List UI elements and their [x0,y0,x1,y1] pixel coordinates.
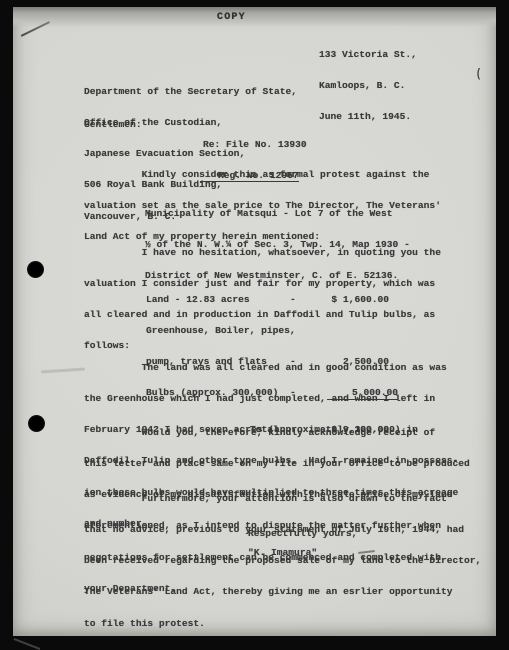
table-row: Land - 12.83 acres - $ 1,600.00 [146,295,426,305]
letter-line: this letter and place same on my file in… [84,459,470,469]
letter-date: June 11th, 1945. [319,112,417,122]
signature-name: "K. Imamura" [248,548,317,558]
letter-line: the Greenhouse which I had just complete… [84,394,458,404]
copy-stamp-label: COPY [217,12,246,24]
item-amount [327,326,389,336]
scan-top-shadow-band [13,7,496,27]
paragraph-no-advice: Furthermore, your attention is also draw… [84,473,481,650]
margin-tick-mark: ( [476,67,482,81]
letter-line: I have no hesitation, whatsoever, in quo… [84,248,441,258]
item-amount: $ 1,600.00 [327,295,389,305]
letter-line: The Veterans' Land Act, thereby giving m… [84,587,481,597]
item-label: Land - 12.83 acres [146,295,290,305]
sender-address-line: Kamloops, B. C. [319,81,417,91]
sender-address-block: 133 Victoria St., Kamloops, B. C. June 1… [319,29,417,143]
salutation: Gentlemen: [84,120,142,130]
recipient-address-line: Department of the Secretary of State, [84,87,297,97]
letter-line: Furthermore, your attention is also draw… [84,494,481,504]
hole-punch-dot [28,415,45,432]
closing-phrase: Respectfully yours, [248,529,357,539]
dash-separator: - [290,295,327,305]
table-row: Greenhouse, Boiler, pipes, [146,326,426,336]
letter-line: to file this protest. [84,619,481,629]
scan-background: COPY 133 Victoria St., Kamloops, B. C. J… [0,0,509,650]
letter-line: The land was all cleared and in good con… [84,363,458,373]
letter-page: COPY 133 Victoria St., Kamloops, B. C. J… [13,7,496,636]
sender-address-line: 133 Victoria St., [319,50,417,60]
property-line: Municipality of Matsqui - Lot 7 of the W… [145,209,410,219]
letter-line: Would you, therefore, kindly acknowledge… [84,428,470,438]
letter-line: Kindly consider this as formal protest a… [84,170,441,180]
hole-punch-dot [27,261,44,278]
dash-separator [290,326,327,336]
scan-edge-streak [14,638,41,649]
pencil-smudge [41,367,85,373]
item-label: Greenhouse, Boiler, pipes, [146,326,290,336]
